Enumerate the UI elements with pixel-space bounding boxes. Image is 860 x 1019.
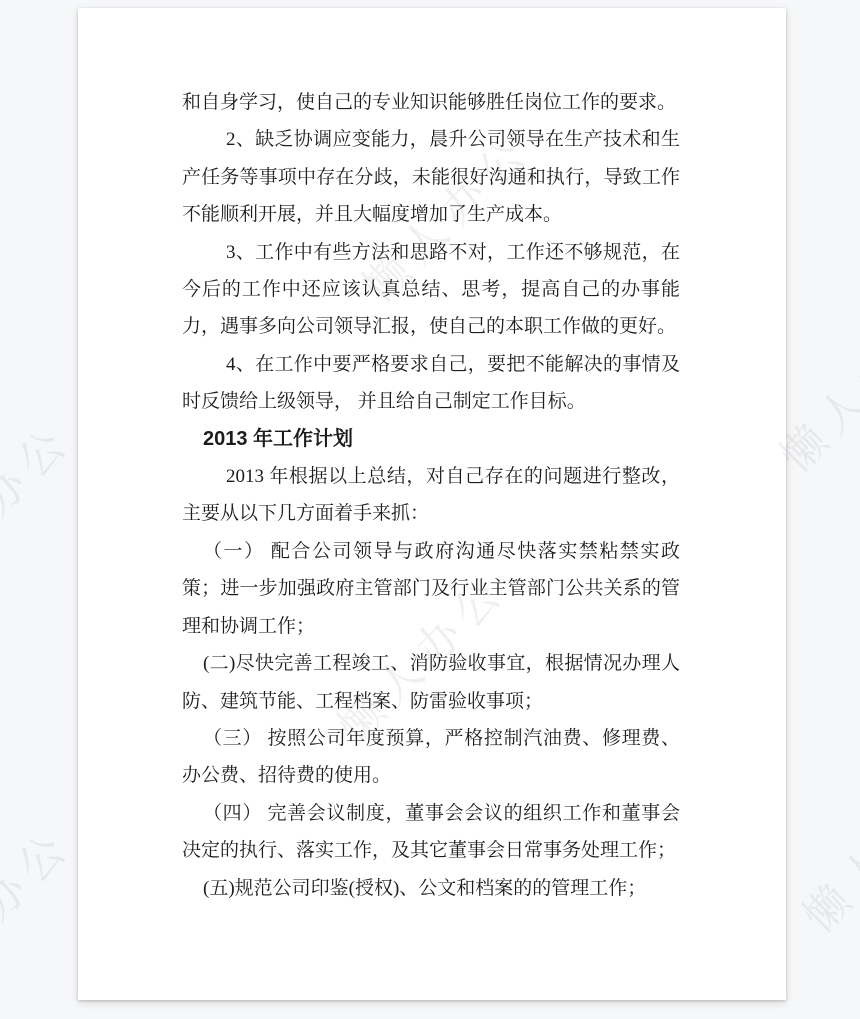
document-page: 和自身学习，使自己的专业知识能够胜任岗位工作的要求。2、缺乏协调应变能力，晨升公… xyxy=(78,8,786,1000)
document-screenshot: { "document": { "language": "zh-CN", "wa… xyxy=(0,0,860,1019)
paragraph: (五)规范公司印鉴(授权)、公文和档案的的管理工作； xyxy=(182,870,680,907)
document-viewer: 和自身学习，使自己的专业知识能够胜任岗位工作的要求。2、缺乏协调应变能力，晨升公… xyxy=(0,0,860,1019)
document-content: 和自身学习，使自己的专业知识能够胜任岗位工作的要求。2、缺乏协调应变能力，晨升公… xyxy=(182,84,680,907)
paragraph: 和自身学习，使自己的专业知识能够胜任岗位工作的要求。 xyxy=(182,84,680,121)
section-heading: 2013 年工作计划 xyxy=(182,421,680,458)
watermark: 懒人办公 xyxy=(0,406,84,604)
paragraph: 4、在工作中要严格要求自己，要把不能解决的事情及时反馈给上级领导， 并且给自己制… xyxy=(182,346,680,421)
paragraph: (二)尽快完善工程竣工、消防验收事宜，根据情况办理人防、建筑节能、工程档案、防雷… xyxy=(182,645,680,720)
paragraph: （一） 配合公司领导与政府沟通尽快落实禁粘禁实政策；进一步加强政府主管部门及行业… xyxy=(182,533,680,645)
paragraph: 2、缺乏协调应变能力，晨升公司领导在生产技术和生产任务等事项中存在分歧，未能很好… xyxy=(182,121,680,233)
paragraph: 2013 年根据以上总结，对自己存在的问题进行整改，主要从以下几方面着手来抓： xyxy=(182,458,680,533)
paragraph: （三） 按照公司年度预算，严格控制汽油费、修理费、办公费、招待费的使用。 xyxy=(182,720,680,795)
watermark: 懒人办公 xyxy=(0,811,84,1009)
watermark: 懒人办公 xyxy=(786,746,860,944)
paragraph: 3、工作中有些方法和思路不对，工作还不够规范，在今后的工作中还应该认真总结、思考… xyxy=(182,234,680,346)
paragraph: （四） 完善会议制度，董事会会议的组织工作和董事会决定的执行、落实工作，及其它董… xyxy=(182,795,680,870)
